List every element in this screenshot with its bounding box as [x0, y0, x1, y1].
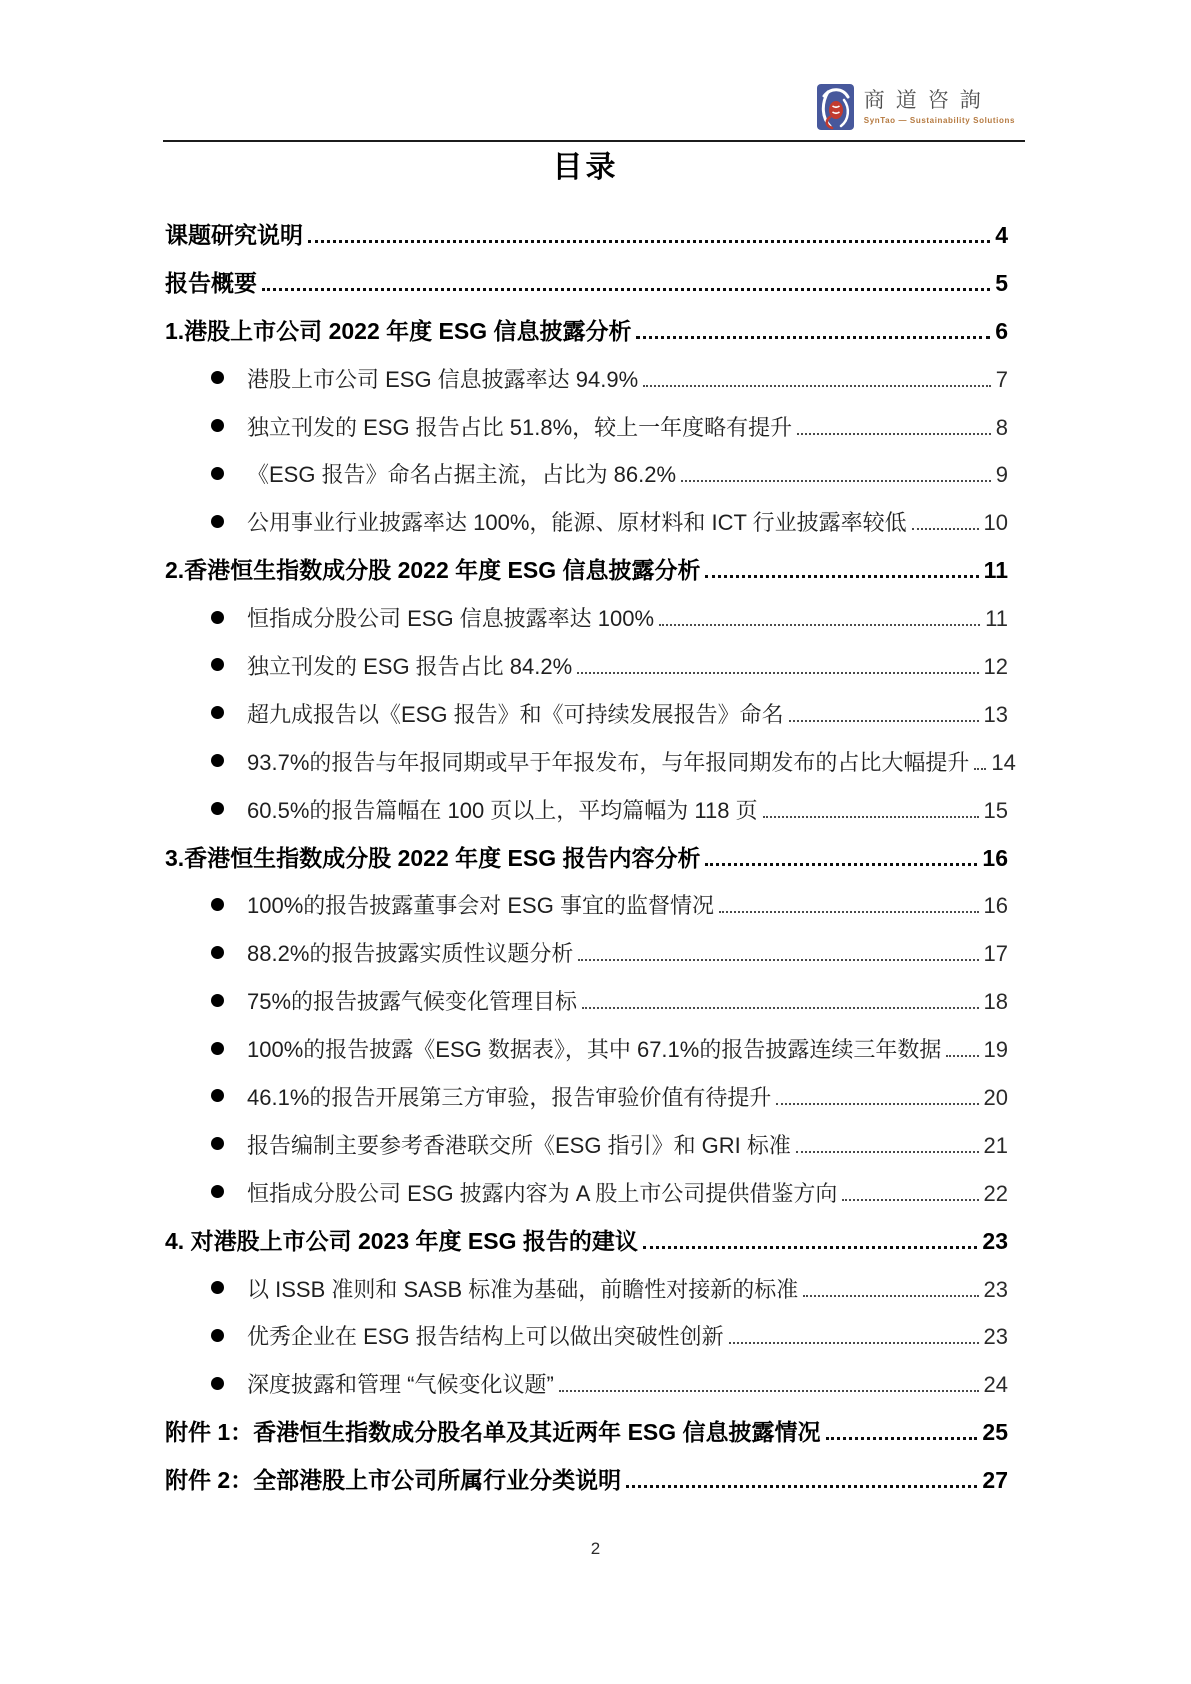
toc-entry-page-number: 12 — [984, 643, 1008, 691]
toc-entry-page-number: 7 — [996, 356, 1008, 404]
dotted-leader — [946, 1055, 978, 1057]
dotted-leader — [974, 768, 986, 770]
dotted-leader — [776, 1103, 978, 1105]
bullet-icon — [211, 515, 224, 528]
toc-entry-page-number: 6 — [995, 308, 1008, 356]
toc-entry-label: 附件 1：香港恒生指数成分股名单及其近两年 ESG 信息披露情况 — [165, 1409, 821, 1457]
dotted-leader — [796, 1151, 979, 1153]
dotted-leader — [643, 385, 991, 387]
brand-logo: 商道咨詢 SynTao — Sustainability Solutions — [817, 84, 1015, 130]
toc-heading-entry[interactable]: 附件 2：全部港股上市公司所属行业分类说明 27 — [165, 1457, 1008, 1505]
toc-sub-entry[interactable]: 以 ISSB 准则和 SASB 标准为基础，前瞻性对接新的标准 23 — [165, 1266, 1008, 1314]
bullet-icon — [211, 1137, 224, 1150]
toc-sub-entry[interactable]: 独立刊发的 ESG 报告占比 51.8%，较上一年度略有提升 8 — [165, 404, 1008, 452]
toc-entry-label: 3.香港恒生指数成分股 2022 年度 ESG 报告内容分析 — [165, 835, 700, 883]
toc-entry-label: 93.7%的报告与年报同期或早于年报发布，与年报同期发布的占比大幅提升 — [247, 739, 969, 787]
toc-entry-page-number: 23 — [984, 1266, 1008, 1314]
toc-entry-page-number: 13 — [984, 691, 1008, 739]
dotted-leader — [826, 1437, 978, 1440]
toc-entry-page-number: 11 — [984, 547, 1008, 595]
toc-entry-label: 深度披露和管理 “气候变化议题” — [247, 1361, 554, 1409]
dotted-leader — [636, 336, 990, 339]
toc-heading-entry[interactable]: 1.港股上市公司 2022 年度 ESG 信息披露分析 6 — [165, 308, 1008, 356]
toc-entry-page-number: 16 — [982, 835, 1008, 883]
toc-heading-entry[interactable]: 课题研究说明 4 — [165, 212, 1008, 260]
toc-sub-entry[interactable]: 60.5%的报告篇幅在 100 页以上，平均篇幅为 118 页 15 — [165, 787, 1008, 835]
toc-entry-label: 100%的报告披露《ESG 数据表》，其中 67.1%的报告披露连续三年数据 — [247, 1026, 941, 1074]
toc-entry-page-number: 21 — [984, 1122, 1008, 1170]
toc-sub-entry[interactable]: 超九成报告以《ESG 报告》和《可持续发展报告》命名 13 — [165, 691, 1008, 739]
bullet-icon — [211, 994, 224, 1007]
toc-entry-page-number: 18 — [984, 978, 1008, 1026]
dotted-leader — [681, 480, 991, 482]
toc-heading-entry[interactable]: 2.香港恒生指数成分股 2022 年度 ESG 信息披露分析 11 — [165, 547, 1008, 595]
toc-entry-label: 优秀企业在 ESG 报告结构上可以做出突破性创新 — [247, 1313, 724, 1361]
toc-entry-label: 2.香港恒生指数成分股 2022 年度 ESG 信息披露分析 — [165, 547, 700, 595]
toc-entry-label: 75%的报告披露气候变化管理目标 — [247, 978, 577, 1026]
bullet-icon — [211, 611, 224, 624]
toc-heading-entry[interactable]: 4. 对港股上市公司 2023 年度 ESG 报告的建议 23 — [165, 1218, 1008, 1266]
toc-sub-entry[interactable]: 100%的报告披露《ESG 数据表》，其中 67.1%的报告披露连续三年数据 1… — [165, 1026, 1008, 1074]
toc-entry-label: 60.5%的报告篇幅在 100 页以上，平均篇幅为 118 页 — [247, 787, 758, 835]
toc-entry-label: 课题研究说明 — [165, 212, 303, 260]
dotted-leader — [719, 911, 979, 913]
dotted-leader — [577, 672, 978, 674]
toc-entry-label: 独立刊发的 ESG 报告占比 51.8%，较上一年度略有提升 — [247, 404, 792, 452]
bullet-icon — [211, 658, 224, 671]
toc-entry-label: 公用事业行业披露率达 100%，能源、原材料和 ICT 行业披露率较低 — [247, 499, 907, 547]
dotted-leader — [578, 959, 978, 961]
toc-list: 课题研究说明 4 报告概要 5 1.港股上市公司 2022 年度 ESG 信息披… — [165, 212, 1008, 1505]
toc-entry-label: 独立刊发的 ESG 报告占比 84.2% — [247, 643, 572, 691]
bullet-icon — [211, 419, 224, 432]
toc-sub-entry[interactable]: 优秀企业在 ESG 报告结构上可以做出突破性创新 23 — [165, 1313, 1008, 1361]
toc-entry-page-number: 19 — [984, 1026, 1008, 1074]
header-divider — [163, 140, 1025, 142]
brand-name-en: SynTao — Sustainability Solutions — [864, 116, 1015, 125]
toc-entry-page-number: 17 — [984, 930, 1008, 978]
toc-entry-page-number: 8 — [996, 404, 1008, 452]
toc-entry-label: 1.港股上市公司 2022 年度 ESG 信息披露分析 — [165, 308, 631, 356]
toc-sub-entry[interactable]: 公用事业行业披露率达 100%，能源、原材料和 ICT 行业披露率较低 10 — [165, 499, 1008, 547]
dotted-leader — [842, 1199, 978, 1201]
toc-entry-page-number: 27 — [982, 1457, 1008, 1505]
toc-entry-page-number: 9 — [996, 451, 1008, 499]
dotted-leader — [705, 863, 977, 866]
toc-entry-page-number: 4 — [995, 212, 1008, 260]
bullet-icon — [211, 898, 224, 911]
toc-sub-entry[interactable]: 报告编制主要参考香港联交所《ESG 指引》和 GRI 标准 21 — [165, 1122, 1008, 1170]
toc-entry-label: 报告概要 — [165, 260, 257, 308]
toc-entry-page-number: 23 — [984, 1313, 1008, 1361]
bullet-icon — [211, 1185, 224, 1198]
toc-entry-label: 以 ISSB 准则和 SASB 标准为基础，前瞻性对接新的标准 — [247, 1266, 798, 1314]
toc-sub-entry[interactable]: 100%的报告披露董事会对 ESG 事宜的监督情况 16 — [165, 882, 1008, 930]
bullet-icon — [211, 1329, 224, 1342]
toc-entry-page-number: 22 — [984, 1170, 1008, 1218]
toc-entry-label: 附件 2：全部港股上市公司所属行业分类说明 — [165, 1457, 621, 1505]
toc-entry-label: 超九成报告以《ESG 报告》和《可持续发展报告》命名 — [247, 691, 784, 739]
bullet-icon — [211, 1281, 224, 1294]
toc-sub-entry[interactable]: 港股上市公司 ESG 信息披露率达 94.9% 7 — [165, 356, 1008, 404]
bullet-icon — [211, 754, 224, 767]
bullet-icon — [211, 802, 224, 815]
dotted-leader — [912, 528, 979, 530]
toc-entry-label: 恒指成分股公司 ESG 信息披露率达 100% — [247, 595, 654, 643]
dotted-leader — [763, 816, 979, 818]
toc-heading-entry[interactable]: 报告概要 5 — [165, 260, 1008, 308]
bullet-icon — [211, 1089, 224, 1102]
toc-entry-label: 88.2%的报告披露实质性议题分析 — [247, 930, 573, 978]
toc-sub-entry[interactable]: 88.2%的报告披露实质性议题分析 17 — [165, 930, 1008, 978]
toc-sub-entry[interactable]: 75%的报告披露气候变化管理目标 18 — [165, 978, 1008, 1026]
bullet-icon — [211, 371, 224, 384]
page-title: 目录 — [163, 150, 1008, 186]
toc-entry-page-number: 16 — [984, 882, 1008, 930]
dotted-leader — [659, 624, 980, 626]
toc-entry-label: 4. 对港股上市公司 2023 年度 ESG 报告的建议 — [165, 1218, 638, 1266]
bullet-icon — [211, 1377, 224, 1390]
toc-entry-page-number: 11 — [985, 595, 1008, 643]
brand-name-cn: 商道咨詢 — [864, 89, 992, 113]
dotted-leader — [797, 433, 991, 435]
toc-sub-entry[interactable]: 46.1%的报告开展第三方审验，报告审验价值有待提升 20 — [165, 1074, 1008, 1122]
toc-sub-entry[interactable]: 《ESG 报告》命名占据主流，占比为 86.2% 9 — [165, 451, 1008, 499]
toc-entry-page-number: 14 — [991, 739, 1015, 787]
dotted-leader — [626, 1485, 977, 1488]
brand-text: 商道咨詢 SynTao — Sustainability Solutions — [864, 89, 1015, 125]
toc-entry-page-number: 5 — [995, 260, 1008, 308]
bullet-icon — [211, 1042, 224, 1055]
bullet-icon — [211, 706, 224, 719]
toc-sub-entry[interactable]: 独立刊发的 ESG 报告占比 84.2% 12 — [165, 643, 1008, 691]
toc-sub-entry[interactable]: 恒指成分股公司 ESG 信息披露率达 100% 11 — [165, 595, 1008, 643]
dotted-leader — [803, 1295, 978, 1297]
toc-sub-entry[interactable]: 93.7%的报告与年报同期或早于年报发布，与年报同期发布的占比大幅提升 14 — [165, 739, 1008, 787]
dotted-leader — [789, 720, 979, 722]
toc-entry-label: 100%的报告披露董事会对 ESG 事宜的监督情况 — [247, 882, 714, 930]
dotted-leader — [643, 1246, 978, 1249]
toc-entry-label: 报告编制主要参考香港联交所《ESG 指引》和 GRI 标准 — [247, 1122, 791, 1170]
dotted-leader — [308, 240, 990, 243]
toc-sub-entry[interactable]: 深度披露和管理 “气候变化议题” 24 — [165, 1361, 1008, 1409]
bullet-icon — [211, 946, 224, 959]
toc-heading-entry[interactable]: 附件 1：香港恒生指数成分股名单及其近两年 ESG 信息披露情况 25 — [165, 1409, 1008, 1457]
toc-sub-entry[interactable]: 恒指成分股公司 ESG 披露内容为 A 股上市公司提供借鉴方向 22 — [165, 1170, 1008, 1218]
bullet-icon — [211, 467, 224, 480]
toc-entry-page-number: 10 — [984, 499, 1008, 547]
dotted-leader — [729, 1342, 979, 1344]
toc-entry-page-number: 25 — [982, 1409, 1008, 1457]
toc-entry-label: 港股上市公司 ESG 信息披露率达 94.9% — [247, 356, 638, 404]
toc-entry-label: 46.1%的报告开展第三方审验，报告审验价值有待提升 — [247, 1074, 771, 1122]
toc-entry-label: 《ESG 报告》命名占据主流，占比为 86.2% — [247, 451, 676, 499]
toc-page: 商道咨詢 SynTao — Sustainability Solutions 目… — [0, 0, 1191, 1684]
dotted-leader — [705, 575, 978, 578]
toc-entry-label: 恒指成分股公司 ESG 披露内容为 A 股上市公司提供借鉴方向 — [247, 1170, 837, 1218]
syntao-logo-icon — [817, 84, 854, 130]
dotted-leader — [582, 1007, 978, 1009]
toc-heading-entry[interactable]: 3.香港恒生指数成分股 2022 年度 ESG 报告内容分析 16 — [165, 835, 1008, 883]
toc-entry-page-number: 23 — [982, 1218, 1008, 1266]
toc-entry-page-number: 20 — [984, 1074, 1008, 1122]
toc-entry-page-number: 24 — [984, 1361, 1008, 1409]
toc-entry-page-number: 15 — [984, 787, 1008, 835]
dotted-leader — [559, 1390, 979, 1392]
footer-page-number: 2 — [0, 1536, 1191, 1562]
dotted-leader — [262, 288, 990, 291]
